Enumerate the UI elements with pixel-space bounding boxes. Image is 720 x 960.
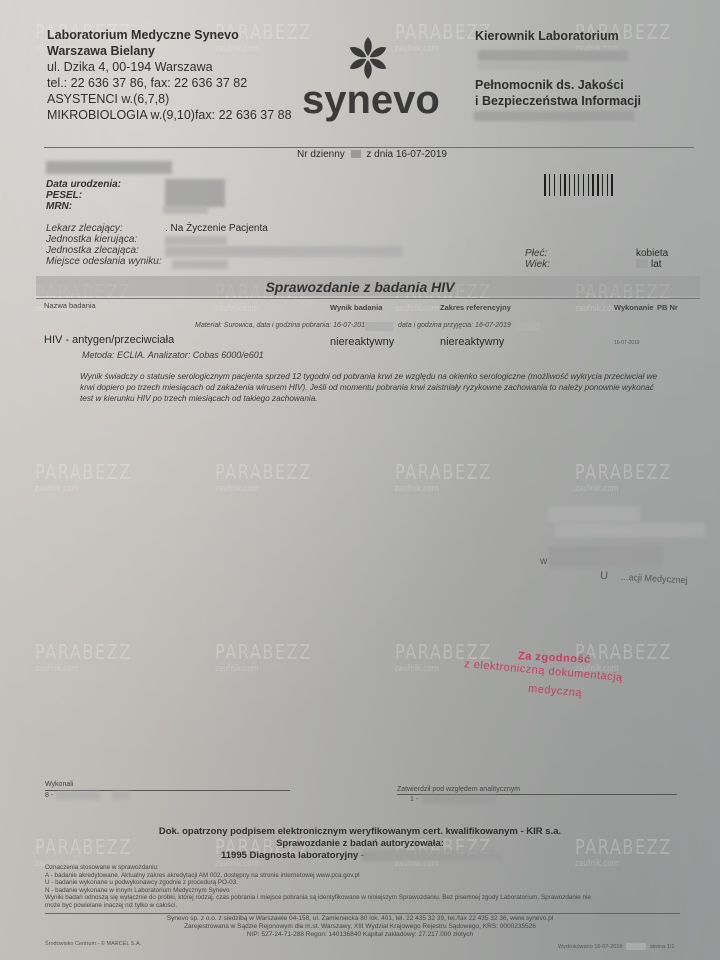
lab-address-block: Laboratorium Medyczne Synevo Warszawa Bi… (47, 27, 292, 123)
doctor-label: Lekarz zlecający: (46, 223, 162, 234)
lab-report-page: PARABEZZzaufnik.comPARABEZZzaufnik.comPA… (0, 0, 720, 960)
received-info: data i godzina przyjęcia: 16-07-2019 (398, 322, 511, 329)
redacted-barcode-number (571, 199, 613, 207)
redacted-collection-time (365, 322, 393, 331)
lab-name: Laboratorium Medyczne Synevo (47, 27, 292, 43)
e-signature-line-1: Dok. opatrzony podpisem elektronicznym w… (0, 826, 720, 838)
birth-date-label: Data urodzenia: (46, 179, 121, 190)
quality-title-1: Pełnomocnik ds. Jakości (475, 77, 641, 93)
report-date: z dnia 16-07-2019 (366, 149, 447, 160)
doctor-value: . Na Życzenie Pacjenta (165, 223, 268, 234)
watermark: PARABEZZzaufnik.com (35, 640, 132, 674)
comment-line-3: test w kierunku HIV po trzech miesiącach… (80, 393, 657, 404)
redacted-patient-name (46, 161, 172, 174)
column-result: Wynik badania (330, 303, 382, 312)
redacted-head-title (478, 62, 588, 70)
lab-head-title: Kierownik Laboratorium (475, 28, 619, 44)
performed-by-label: Wykonali (45, 781, 73, 788)
sex-value: kobieta (636, 248, 668, 259)
test-result: niereaktywny (330, 336, 394, 348)
redacted-signature-2 (555, 523, 705, 537)
redacted-destination (172, 260, 228, 269)
footer-software: Środowisko Centrum - © MARCEL S.A. (45, 941, 141, 947)
test-method: Metoda: ECLIA. Analizator: Cobas 6000/e6… (82, 350, 264, 360)
e-signature-block: Dok. opatrzony podpisem elektronicznym w… (0, 826, 720, 850)
company-line-2: Zarejestrowana w Sądzie Rejonowym dla m.… (0, 923, 720, 931)
result-comment: Wynik świadczy o statusie serologicznym … (80, 371, 657, 404)
signature-suffix: ...acji Medycznej (621, 572, 688, 585)
watermark: PARABEZZzaufnik.com (35, 460, 132, 494)
test-name: HIV - antygen/przeciwciała (44, 334, 174, 346)
result-destination-label: Miejsce odesłania wyniku: (46, 256, 162, 267)
comment-line-2: krwi dopiero po trzech miesiącach od zak… (80, 382, 657, 393)
performed-by-prefix: 8 - (45, 792, 53, 799)
test-reference-range: niereaktywny (440, 336, 504, 348)
redacted-quality-name (474, 111, 634, 121)
legend-note-1: Wyniki badań odnoszą się wyłącznie do pr… (45, 894, 591, 902)
watermark: PARABEZZzaufnik.com (395, 460, 492, 494)
e-signature-line-3: 11995 Diagnosta laboratoryjny - (221, 850, 364, 861)
footer-divider (45, 913, 680, 914)
logo-wordmark: synevo (302, 78, 440, 123)
company-info: Synevo sp. z o.o. z siedzibą w Warszawie… (0, 915, 720, 939)
quality-title-2: i Bezpieczeństwa Informacji (475, 93, 641, 109)
legend-other-lab: N - badanie wykonane w innym Laboratoriu… (45, 887, 591, 895)
watermark: PARABEZZzaufnik.com (575, 460, 672, 494)
lab-assistants: ASYSTENCI w.(6,7,8) (47, 91, 292, 107)
redacted-head-name (478, 50, 628, 61)
signature-u: U (600, 570, 609, 582)
redacted-signature-1 (548, 506, 640, 522)
watermark: PARABEZZzaufnik.com (215, 460, 312, 494)
signature-caption: U ...acji Medycznej (600, 570, 688, 587)
stamp-line-3: medyczną (528, 683, 583, 700)
redacted-patient-ids (165, 179, 225, 207)
redacted-authorizer (362, 850, 502, 861)
mrn-label: MRN: (46, 201, 121, 212)
company-line-1: Synevo sp. z o.o. z siedzibą w Warszawie… (0, 915, 720, 923)
approved-by-prefix: 1 - (410, 796, 418, 803)
report-title: Sprawozdanie z badania HIV (0, 279, 720, 295)
redacted-ordering-unit (165, 246, 403, 257)
legend-title: Oznaczenia stosowane w sprawozdaniu: (45, 864, 591, 872)
flower-logo-icon (345, 35, 391, 81)
lab-microbiology: MIKROBIOLOGIA w.(9,10)fax: 22 636 37 88 (47, 107, 292, 123)
material-info: Materiał: Surowica, data i godzina pobra… (195, 322, 369, 329)
approved-by-label: Zatwierdził pod względem analitycznym (397, 786, 520, 793)
company-line-3: NIP: 527-24-71-288 Regon: 140136840 Kapi… (0, 931, 720, 939)
redacted-daily-number (351, 150, 361, 158)
redacted-performed-by-2 (112, 791, 130, 800)
title-divider (36, 298, 700, 299)
redacted-mrn (163, 206, 208, 214)
redacted-approved-by (422, 795, 497, 804)
test-performed-date: 16-07-2019 (614, 340, 640, 346)
quality-block: Pełnomocnik ds. Jakości i Bezpieczeństwa… (475, 77, 641, 109)
legend-block: Oznaczenia stosowane w sprawozdaniu: A -… (45, 864, 591, 909)
daily-number: Nr dzienny z dnia 16-07-2019 (297, 149, 447, 160)
redacted-age (636, 259, 648, 268)
e-signature-line-2: Sprawozdanie z badań autoryzowała: (0, 838, 720, 850)
signature-prefix: w (540, 556, 547, 567)
lab-address: ul. Dzika 4, 00-194 Warszawa (47, 59, 292, 75)
redacted-received-time (518, 322, 540, 331)
lab-branch: Warszawa Bielany (47, 43, 292, 59)
watermark: PARABEZZzaufnik.com (215, 640, 312, 674)
footer-page-number: strona 1/1 (650, 944, 674, 950)
management-block: Kierownik Laboratorium (475, 28, 619, 44)
sex-age-labels: Płeć: Wiek: (525, 248, 550, 270)
column-performed: Wykonanie (614, 303, 653, 312)
column-test-name: Nazwa badania (44, 301, 96, 310)
ordering-unit-label: Jednostka zlecająca: (46, 245, 162, 256)
order-labels: Lekarz zlecający: Jednostka kierująca: J… (46, 223, 162, 267)
column-pb-number: PB Nr (657, 303, 678, 312)
lab-phone: tel.: 22 636 37 86, fax: 22 636 37 82 (47, 75, 292, 91)
daily-number-label: Nr dzienny (297, 149, 345, 160)
barcode (544, 174, 642, 196)
age-unit: lat (651, 259, 662, 270)
redacted-referring-unit (165, 236, 227, 245)
legend-accredited: A - badanie akredytowane. Aktualny zakre… (45, 872, 591, 880)
legend-note-2: może być powielane inaczej niż tylko w c… (45, 902, 591, 910)
footer-printed-date: Wydrukowano 16-07-2019 (558, 944, 622, 950)
comment-line-1: Wynik świadczy o statusie serologicznym … (80, 371, 657, 382)
patient-id-labels: Data urodzenia: PESEL: MRN: (46, 179, 121, 212)
redacted-print-time (626, 943, 646, 950)
redacted-signature-3 (548, 546, 663, 568)
divider (44, 147, 694, 148)
redacted-performed-by-1 (56, 791, 100, 800)
age-label: Wiek: (525, 259, 550, 270)
column-reference-range: Zakres referencyjny (440, 303, 511, 312)
pesel-label: PESEL: (46, 190, 121, 201)
sex-label: Płeć: (525, 248, 550, 259)
legend-subcontractor: U - badanie wykonane u podwykonawcy zgod… (45, 879, 591, 887)
referring-unit-label: Jednostka kierująca: (46, 234, 162, 245)
